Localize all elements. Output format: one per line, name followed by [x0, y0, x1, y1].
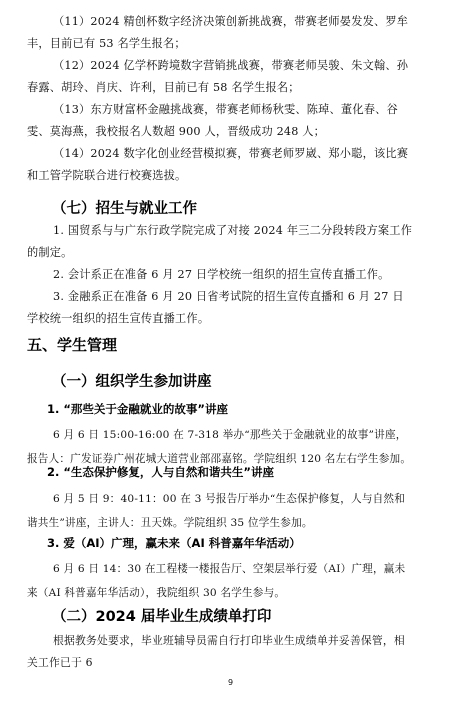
lecture-2-title: 2. “生态保护修复，人与自然和谐共生”讲座	[47, 464, 274, 480]
section-heading-transcripts: （二）2024 届毕业生成绩单打印	[52, 605, 271, 626]
paragraph-competition-14: （14）2024 数字化创业经营模拟赛，带赛老师罗崴、郑小聪，该比赛和工管学院联…	[27, 143, 415, 187]
transcripts-body: 根据教务处要求，毕业班辅导员需自行打印毕业生成绩单并妥善保管，相关工作已于 6	[27, 630, 415, 674]
document-page: （11）2024 精创杯数字经济决策创新挑战赛，带赛老师晏发发、罗牟丰，目前已有…	[0, 0, 461, 706]
admissions-item-3: 3. 金融系正在准备 6 月 20 日省考试院的招生宣传直播和 6 月 27 日…	[27, 286, 415, 330]
chapter-heading-student-management: 五、学生管理	[27, 334, 117, 355]
section-heading-admissions: （七）招生与就业工作	[52, 197, 197, 218]
lecture-2-body: 6 月 5 日 9：40-11：00 在 3 号报告厅举办“生态保护修复，人与自…	[27, 487, 415, 535]
lecture-1-title: 1. “那些关于金融就业的故事”讲座	[47, 401, 228, 417]
page-number: 9	[0, 678, 461, 687]
lecture-3-title: 3. 爱（AI）广理，赢未来（AI 科普嘉年华活动）	[47, 535, 301, 551]
lecture-3-body: 6 月 6 日 14：30 在工程楼一楼报告厅、空架层举行爱（AI）广理，赢未来…	[27, 557, 415, 605]
paragraph-competition-13: （13）东方财富杯金融挑战赛，带赛老师杨秋雯、陈琸、董化春、谷雯、莫海燕，我校报…	[27, 99, 415, 143]
section-heading-lectures: （一）组织学生参加讲座	[52, 370, 212, 391]
admissions-item-2: 2. 会计系正在准备 6 月 27 日学校统一组织的招生宣传直播工作。	[27, 264, 415, 286]
paragraph-competition-11: （11）2024 精创杯数字经济决策创新挑战赛，带赛老师晏发发、罗牟丰，目前已有…	[27, 11, 415, 55]
paragraph-competition-12: （12）2024 亿学杯跨境数字营销挑战赛，带赛老师吴骏、朱文翰、孙春露、胡玲、…	[27, 55, 415, 99]
admissions-item-1: 1. 国贸系与与广东行政学院完成了对接 2024 年三二分段转段方案工作的制定。	[27, 220, 415, 264]
